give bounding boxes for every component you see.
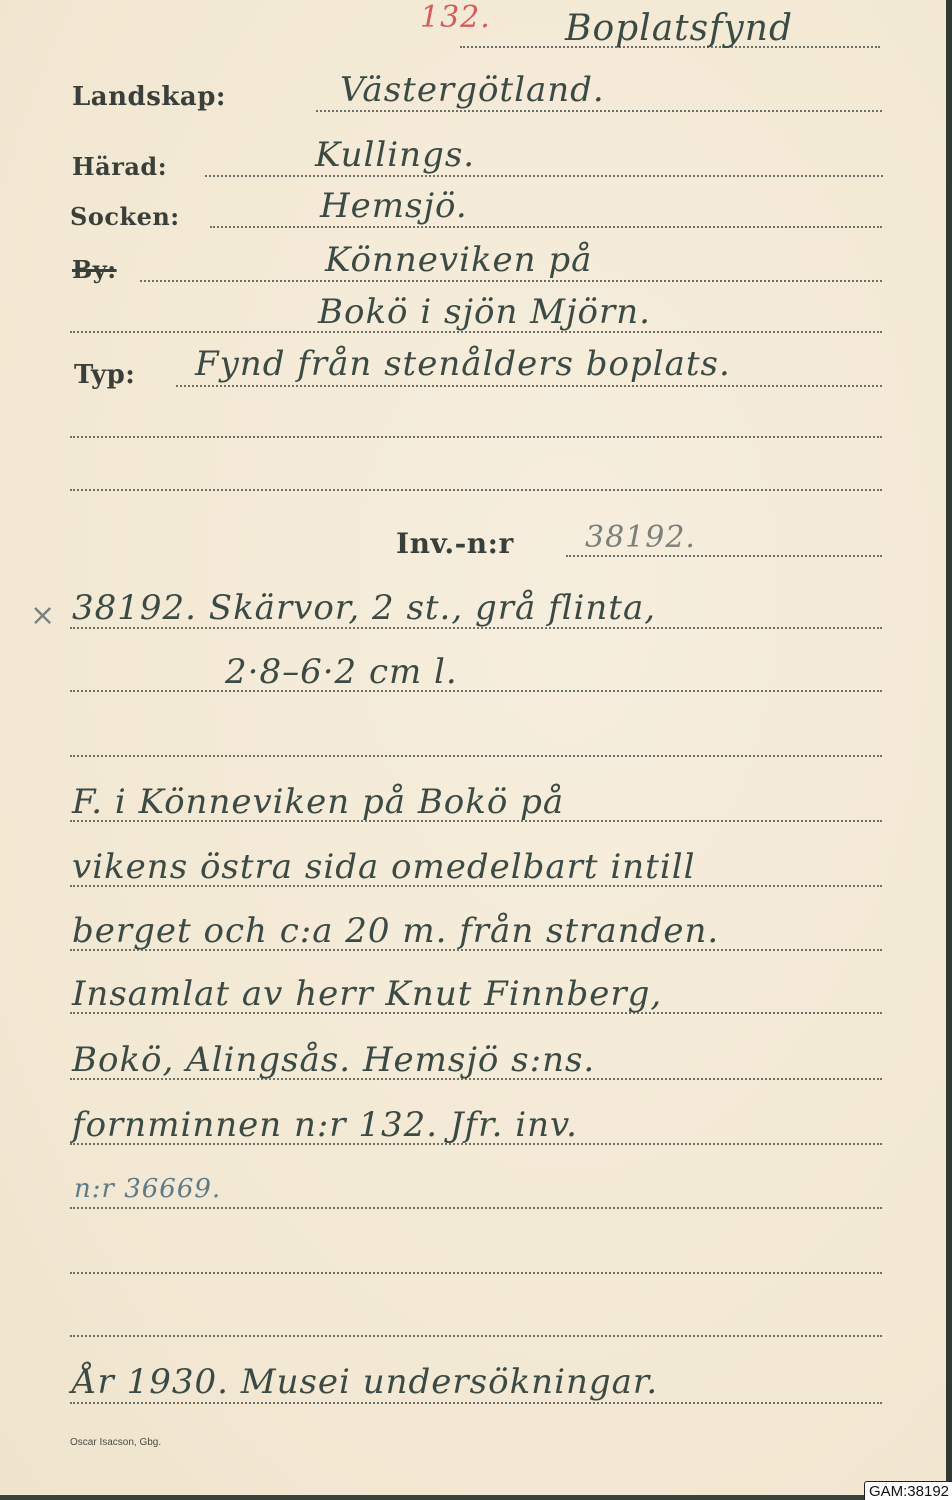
description-line: Bokö, Alingsås. Hemsjö s:ns. bbox=[72, 1040, 595, 1080]
description-line: fornminnen n:r 132. Jfr. inv. bbox=[72, 1105, 578, 1145]
blank-line-2 bbox=[70, 489, 882, 491]
harad-line bbox=[205, 175, 883, 177]
blank-line-1 bbox=[70, 436, 882, 438]
blank-line-3 bbox=[70, 755, 882, 757]
landskap-value: Västergötland. bbox=[340, 70, 605, 110]
by-value-line-1: Könneviken på bbox=[325, 240, 592, 280]
printer-imprint: Oscar Isacson, Gbg. bbox=[70, 1437, 161, 1448]
typ-label: Typ: bbox=[74, 360, 135, 390]
catalog-id-label: GAM:38192 bbox=[864, 1481, 952, 1500]
catalog-card: 132. Boplatsfynd Landskap: Västergötland… bbox=[0, 0, 946, 1494]
footer-note: År 1930. Musei undersökningar. bbox=[72, 1362, 658, 1402]
socken-line bbox=[210, 226, 882, 228]
card-edge-right bbox=[946, 0, 952, 1500]
description-line: n:r 36669. bbox=[74, 1174, 221, 1204]
item-check-mark: × bbox=[30, 598, 56, 633]
typ-line bbox=[176, 385, 882, 387]
desc-line-7 bbox=[70, 1207, 882, 1209]
by-value-line-2: Bokö i sjön Mjörn. bbox=[318, 292, 651, 332]
footer-line bbox=[70, 1402, 882, 1404]
page-number: 132. bbox=[420, 0, 491, 35]
harad-value: Kullings. bbox=[315, 135, 475, 175]
landskap-line bbox=[316, 110, 882, 112]
socken-value: Hemsjö. bbox=[320, 186, 468, 226]
inventory-number: 38192. bbox=[585, 520, 696, 555]
card-edge-bottom bbox=[0, 1495, 952, 1500]
landskap-label: Landskap: bbox=[72, 82, 226, 112]
blank-line-4 bbox=[70, 1272, 882, 1274]
harad-label: Härad: bbox=[72, 152, 167, 181]
item-line-1-text: 38192. Skärvor, 2 st., grå flinta, bbox=[72, 588, 656, 628]
category-value: Boplatsfynd bbox=[565, 8, 793, 49]
by-label: By: bbox=[72, 255, 117, 284]
inventory-label: Inv.-n:r bbox=[396, 527, 514, 560]
by-line-1 bbox=[140, 280, 882, 282]
description-line: vikens östra sida omedelbart intill bbox=[72, 847, 695, 887]
description-line: Insamlat av herr Knut Finnberg, bbox=[72, 974, 662, 1014]
typ-value: Fynd från stenålders boplats. bbox=[195, 344, 731, 384]
item-line-2 bbox=[70, 690, 882, 692]
inventory-line bbox=[566, 555, 882, 557]
item-line-2-text: 2·8–6·2 cm l. bbox=[225, 652, 458, 692]
description-line: berget och c:a 20 m. från stranden. bbox=[72, 911, 719, 951]
blank-line-5 bbox=[70, 1335, 882, 1337]
description-line: F. i Könneviken på Bokö på bbox=[72, 782, 564, 822]
socken-label: Socken: bbox=[70, 202, 180, 231]
